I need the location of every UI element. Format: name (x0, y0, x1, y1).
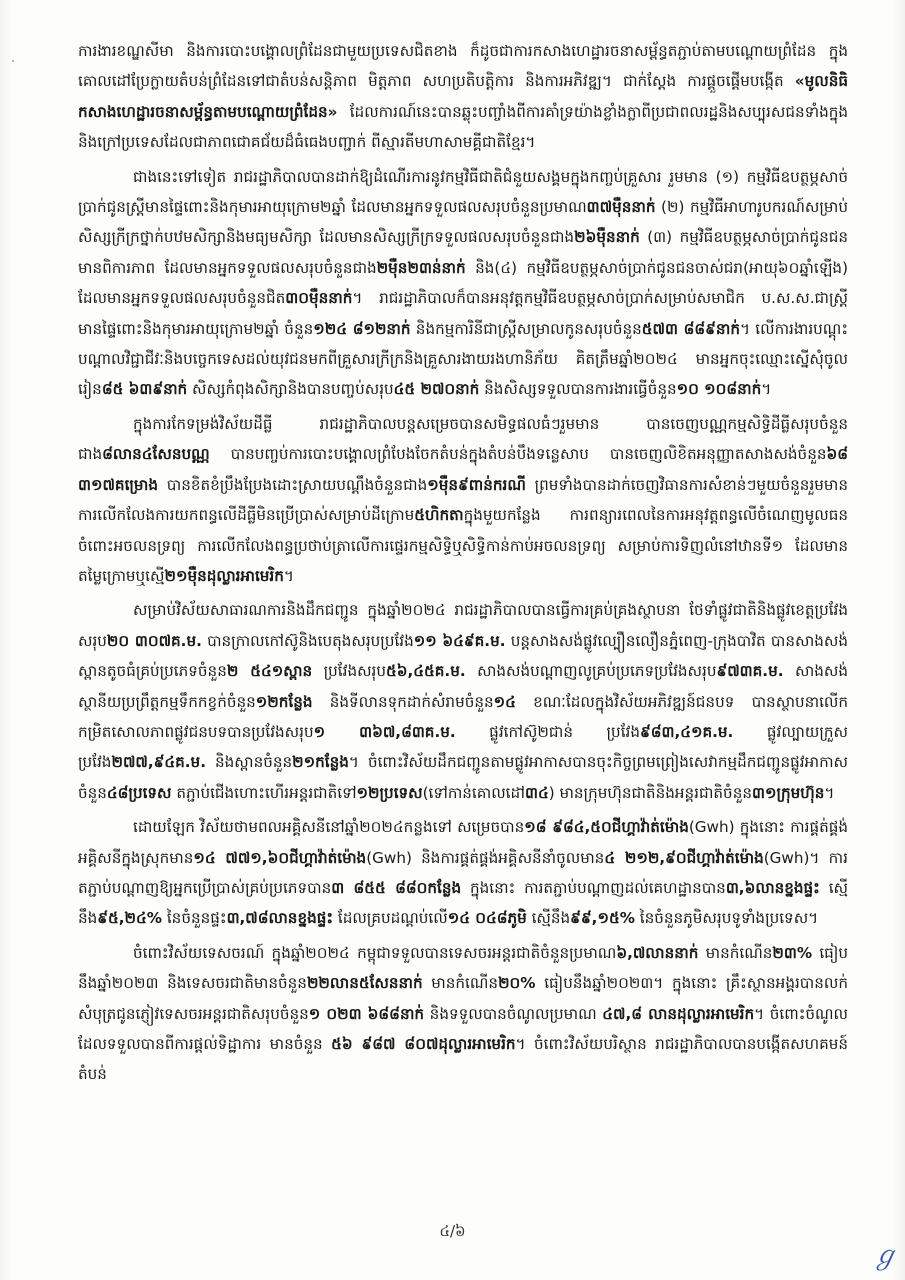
bold-figure: ១២ប្រទេស (357, 784, 423, 802)
text-run: មានកំណើន (423, 974, 498, 992)
text-run: នៃចំនួនភូមិសរុបទូទាំងប្រទេស។ (635, 909, 818, 927)
bold-figure: ២១ម៉ឺនដុល្លារអាមេរិក (164, 567, 283, 585)
text-run: នៃចំនួនផ្ទះ (162, 909, 227, 927)
bold-figure: ១ ០២៣ ៦៨៨នាក់ (309, 1005, 424, 1023)
bold-figure: ៣១ក្រុមហ៊ុន (752, 784, 824, 802)
text-run: ។ (284, 567, 294, 585)
bold-figure: ១ ៣៦៧,៨៣គ.ម. (314, 723, 456, 741)
bold-figure: ៣៧ម៉ឺននាក់ (587, 198, 656, 216)
text-run: ប្រវែងសរុប (312, 662, 386, 680)
bold-figure: ៨លាន៤សែនបណ្ណ (102, 445, 210, 463)
bold-figure: ៤ ២១២,៩០ជីហ្គាវ៉ាត់ម៉ោង (604, 849, 763, 867)
bold-figure: ៥៦ ៩៨៧ ៨០៧ដុល្លារអាមេរិក (331, 1035, 515, 1053)
text-run: សាងសង់បណ្តាញលូគ្រប់ប្រភេទប្រវែងសរុប (466, 662, 717, 680)
bold-figure: ៣,៧៨លានខ្នងផ្ទះ (227, 909, 333, 927)
bold-figure: ២៧៧,៩៤គ.ម. (111, 753, 206, 771)
document-page: ការងារខណ្ឌសីមា និងការបោះបង្គោលព្រំដែនជាម… (0, 0, 905, 1280)
text-run: (Gwh) និងការផ្គត់ផ្គង់អគ្គិសនីនាំចូលមាន (366, 849, 604, 867)
text-run: ផ្លូវកៅស៊ូ២ជាន់ ប្រវែង (456, 723, 640, 741)
text-run: និងទទួលបានចំណូលប្រមាណ (424, 1005, 602, 1023)
paragraph: ក្នុងការកែទម្រង់វិស័យដីធ្លី រាជរដ្ឋាភិបា… (78, 409, 848, 591)
bold-figure: ៩៧៣គ.ម. (716, 662, 783, 680)
bold-figure: ២១កន្លែង (292, 753, 349, 771)
bold-figure: ៤៥ ២៧០នាក់ (394, 380, 480, 398)
bold-figure: ១ម៉ឺន៩ពាន់ករណី (427, 476, 526, 494)
bold-figure: ៣,៦លានខ្នងផ្ទះ (726, 879, 820, 897)
bold-figure: ៤៨ប្រទេស (107, 784, 172, 802)
text-run: បានខិតខំប្រឹងប្រែងដោះស្រាយបណ្តឹងចំនួនជាង (158, 476, 427, 494)
paragraph: ចំពោះវិស័យទេសចរណ៍ ក្នុងឆ្នាំ២០២៤ កម្ពុជា… (78, 938, 848, 1090)
page-number: ៤/៦ (0, 1222, 905, 1244)
text-run: និងកម្មការិនីជាស្ត្រីសម្រាលកូនសរុបចំនួន (411, 320, 642, 338)
bold-figure: ២២លាន៥សែននាក់ (307, 974, 423, 992)
bold-figure: ៩៨៣,៤១គ.ម. (640, 723, 733, 741)
bold-figure: ១១ ៦៤៩គ.ម. (414, 632, 506, 650)
bold-figure: ៣០ម៉ឺននាក់ (285, 289, 352, 307)
bold-figure: ១២៤ ៨១២នាក់ (313, 320, 410, 338)
document-body: ការងារខណ្ឌសីមា និងការបោះបង្គោលព្រំដែនជាម… (78, 36, 848, 1094)
bold-figure: ៣៤ (525, 784, 549, 802)
text-run: ដែលគ្របដណ្តប់លើ (333, 909, 448, 927)
bold-figure: ៨៥ ៦៣៩នាក់ (102, 380, 187, 398)
text-run: ) មានក្រុមហ៊ុនជាតិនិងអន្តរជាតិចំនួន (549, 784, 752, 802)
text-run: សិស្សកំពុងសិក្សានិងបានបញ្ចប់សរុប (187, 380, 393, 398)
text-run: ការងារខណ្ឌសីមា និងការបោះបង្គោលព្រំដែនជាម… (78, 42, 848, 90)
handwritten-initial-mark: ℊ (872, 1235, 898, 1272)
text-run: (ទៅកាន់គោលដៅ (423, 784, 525, 802)
text-run: និងស្ពានចំនួន (206, 753, 292, 771)
paragraph: ការងារខណ្ឌសីមា និងការបោះបង្គោលព្រំដែនជាម… (78, 36, 848, 158)
text-run: ។ (761, 380, 771, 398)
bold-figure: ២០ ៣០៧គ.ម. (107, 632, 202, 650)
text-run: បានបញ្ចប់ការបោះបង្គោលព្រំបែងចែកតំបន់ក្នុ… (210, 445, 827, 463)
bold-figure: ២៦ម៉ឺននាក់ (574, 228, 640, 246)
bold-figure: ១២កន្លែង (256, 693, 313, 711)
text-run: ចំពោះវិស័យទេសចរណ៍ ក្នុងឆ្នាំ២០២៤ កម្ពុជា… (133, 944, 616, 962)
bold-figure: ២ ៥៤១ស្ពាន (227, 662, 312, 680)
text-run: និងទីលានទុកដាក់សំរាមចំនួន (313, 693, 494, 711)
bold-figure: ២ម៉ឺន២៣ន់នាក់ (377, 259, 466, 277)
scan-speck (12, 60, 14, 62)
bold-figure: ២០% (498, 974, 535, 992)
bold-figure: ៤៧,៨ លានដុល្លារអាមេរិក (602, 1005, 754, 1023)
paragraph: សម្រាប់វិស័យសាធារណការនិងដឹកជញ្ជូន ក្នុងឆ… (78, 595, 848, 808)
text-run: និងសិស្សទទួលបានការងារធ្វើចំនួន (479, 380, 676, 398)
text-run: បានក្រាលកៅស៊ូនិងបេតុងសរុបប្រវែង (202, 632, 414, 650)
paragraph: ជាងនេះទៅទៀត រាជរដ្ឋាភិបាលបានដាក់ឱ្យដំណើរ… (78, 162, 848, 405)
bold-figure: ៦,៧លាននាក់ (616, 944, 698, 962)
bold-figure: ៥៦,៤៥គ.ម. (386, 662, 466, 680)
text-run: តភ្ជាប់ជើងហោះហើរអន្តរជាតិទៅ (172, 784, 357, 802)
text-run: ។ (824, 784, 834, 802)
bold-figure: ៥ហិកតា (414, 506, 463, 524)
bold-figure: ១៤ (494, 693, 516, 711)
bold-figure: ៥៧៣ ៨៨៩នាក់ (642, 320, 740, 338)
text-run: ដោយឡែក វិស័យថាមពលអគ្គិសនីនៅឆ្នាំ២០២៤កន្ល… (133, 818, 524, 836)
paragraph: ដោយឡែក វិស័យថាមពលអគ្គិសនីនៅឆ្នាំ២០២៤កន្ល… (78, 812, 848, 934)
bold-figure: ៣ ៨៥៥ ៨៨០កន្លែង (331, 879, 461, 897)
bold-figure: ២៣% (772, 944, 812, 962)
bold-figure: ៩៥,២៤% (97, 909, 162, 927)
text-run: មានកំណើន (698, 944, 772, 962)
text-run: ស្មើនឹង (527, 909, 570, 927)
bold-figure: ១៨ ៩៨៤,៥០ជីហ្គាវ៉ាត់ម៉ោង (524, 818, 689, 836)
bold-figure: ១៤ ៧៧១,៦០ជីហ្គាវ៉ាត់ម៉ោង (193, 849, 366, 867)
bold-figure: ១០ ១០៨នាក់ (677, 380, 762, 398)
bold-figure: ១៤ ០៤៨ភូមិ (448, 909, 527, 927)
text-run: ក្នុងនោះ ការតភ្ជាប់បណ្តាញដល់គេហដ្ឋានបាន (461, 879, 726, 897)
bold-figure: ៩៩,១៥% (570, 909, 635, 927)
